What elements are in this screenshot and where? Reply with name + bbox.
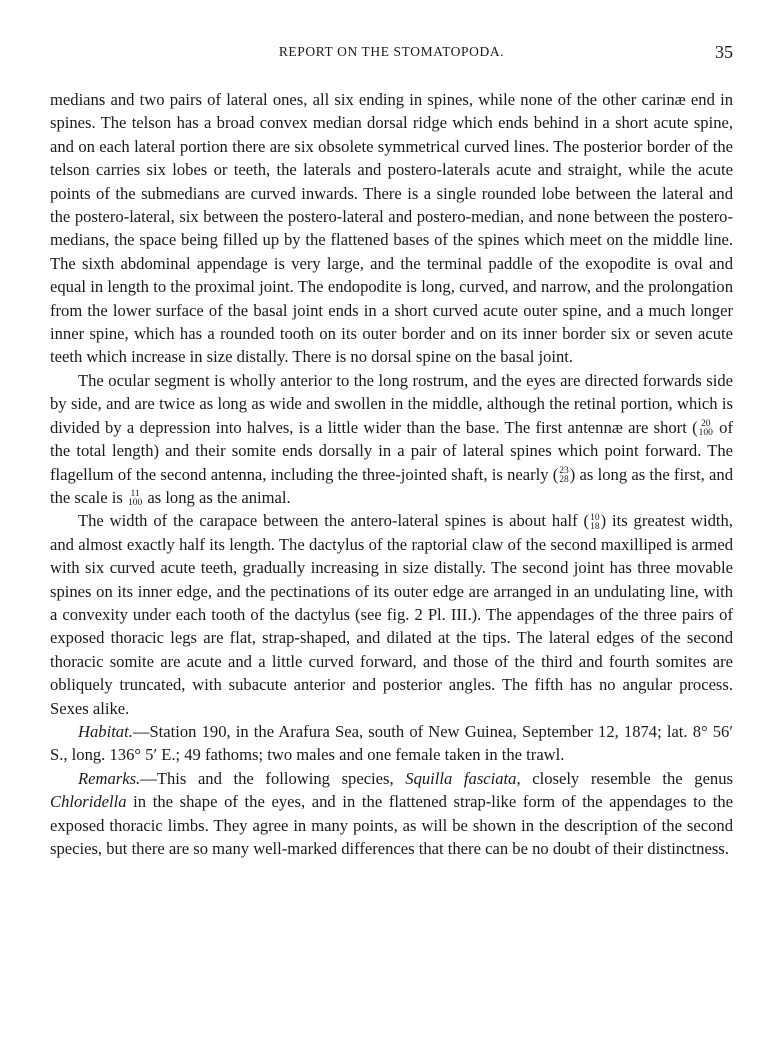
- text-run: —This and the following species,: [140, 769, 405, 788]
- running-title: REPORT ON THE STOMATOPODA.: [50, 44, 733, 60]
- fraction-denominator: 18: [590, 523, 600, 532]
- habitat-label: Habitat.: [78, 722, 133, 741]
- paragraph-habitat: Habitat.—Station 190, in the Arafura Sea…: [50, 720, 733, 767]
- fraction-flagellum: 2328: [559, 467, 569, 485]
- fraction-scale: 11100: [128, 490, 142, 508]
- page-body: medians and two pairs of lateral ones, a…: [50, 88, 733, 860]
- text-run: The width of the carapace between the an…: [78, 511, 589, 530]
- text-run: The ocular segment is wholly anterior to…: [50, 371, 733, 437]
- genus-name: Chloridella: [50, 792, 127, 811]
- fraction-carapace-width: 1018: [590, 514, 600, 532]
- species-name: Squilla fasciata: [405, 769, 516, 788]
- page-header: REPORT ON THE STOMATOPODA. 35: [50, 44, 733, 66]
- remarks-label: Remarks.: [78, 769, 140, 788]
- paragraph-ocular-segment: The ocular segment is wholly anterior to…: [50, 369, 733, 509]
- text-run: as long as the animal.: [143, 488, 290, 507]
- fraction-denominator: 100: [128, 499, 142, 508]
- text-run: in the shape of the eyes, and in the fla…: [50, 792, 733, 858]
- fraction-first-antennae: 20100: [699, 420, 713, 438]
- paragraph-telson-description: medians and two pairs of lateral ones, a…: [50, 88, 733, 369]
- text-run: ) its greatest width, and almost exactly…: [50, 511, 733, 717]
- text-run: —Station 190, in the Arafura Sea, south …: [50, 722, 733, 764]
- paragraph-carapace: The width of the carapace between the an…: [50, 509, 733, 720]
- text-run: , closely resemble the genus: [516, 769, 733, 788]
- fraction-denominator: 100: [699, 429, 713, 438]
- page-number: 35: [715, 42, 733, 63]
- paragraph-remarks: Remarks.—This and the following species,…: [50, 767, 733, 861]
- fraction-denominator: 28: [559, 476, 569, 485]
